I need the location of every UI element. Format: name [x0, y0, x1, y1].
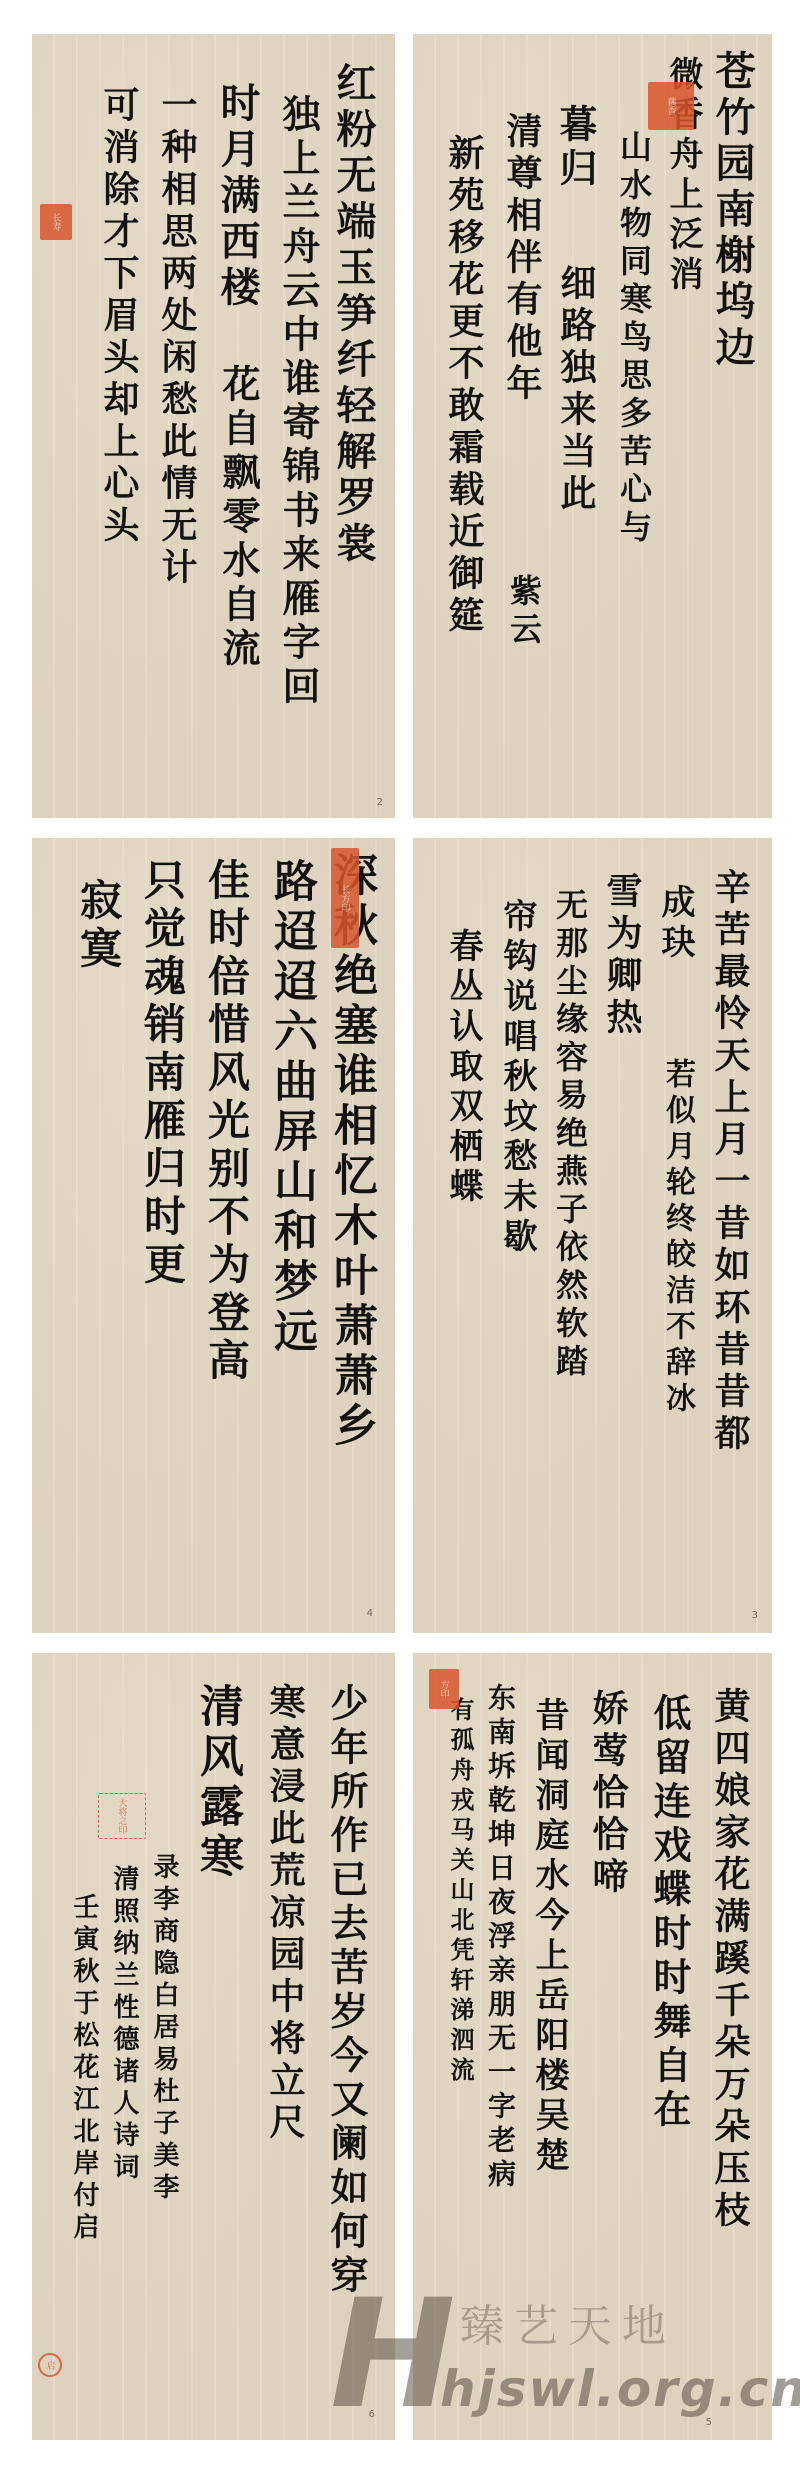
calligraphy-column: 一种相思两处闲愁此情无计	[159, 86, 195, 590]
page-number: 4	[367, 1608, 373, 1619]
calligraphy-column: 昔闻洞庭水今上岳阳楼吴楚	[532, 1697, 566, 2177]
calligraphy-column: 花自飘零水自流	[219, 364, 257, 672]
watermark-chinese-text: 臻艺天地	[460, 2290, 676, 2354]
calligraphy-column: 辛苦最怜天上月一昔如环昔昔都	[712, 868, 748, 1456]
page-number: 5	[706, 2417, 712, 2428]
seal-stamp: 藕香	[648, 82, 694, 130]
calligraphy-column: 黄四娘家花满蹊千朵万朵压枝	[712, 1687, 748, 2233]
calligraphy-column: 时月满西楼	[217, 82, 257, 312]
calligraphy-column: 只觉魂销南雁归时更	[141, 858, 183, 1290]
calligraphy-column: 紫云	[508, 574, 540, 650]
calligraphy-column: 苍竹园南榭坞边	[712, 50, 752, 372]
calligraphy-column: 雪为卿热	[604, 872, 640, 1040]
calligraphy-panel-row1-left: 红粉无端玉笋纤轻解罗裳 独上兰舟云中谁寄锦书来雁字回 时月满西楼 花自飘零水自流…	[32, 34, 395, 818]
calligraphy-column: 娇莺恰恰啼	[590, 1689, 626, 1899]
calligraphy-column: 寂寞	[77, 878, 119, 974]
page-number: 2	[377, 797, 383, 808]
calligraphy-column: 帘钩说唱秋坟愁未歇	[500, 898, 534, 1258]
calligraphy-column: 清照纳兰性德诸人诗词	[111, 1865, 137, 2185]
watermark-url: hjswl.org.cn	[440, 2360, 800, 2418]
calligraphy-column: 山水物同寒鸟思多苦心与	[618, 130, 650, 548]
seal-stamp: 长寿	[40, 204, 72, 240]
calligraphy-column: 有孤舟戎马关山北凭轩涕泗流	[448, 1697, 472, 2087]
seal-stamp: 大将之印	[98, 1793, 146, 1839]
calligraphy-panel-row1-right: 苍竹园南榭坞边 微香舟上泛消 山水物同寒鸟思多苦心与 暮归 细路独来当此 清尊相…	[413, 34, 772, 818]
calligraphy-column: 寒意浸此荒凉园中将立尺	[267, 1683, 303, 2145]
calligraphy-column: 清尊相伴有他年	[504, 112, 540, 406]
calligraphy-column: 无那尘缘容易绝燕子依然软踏	[554, 888, 586, 1382]
seal-stamp: 长方印	[331, 848, 359, 948]
calligraphy-panel-row2-left: 深秋绝塞谁相忆木叶萧萧乡 路迢迢六曲屏山和梦远 佳时倍惜风光别不为登高 只觉魂销…	[32, 838, 395, 1633]
calligraphy-column: 少年所作已去苦岁今又阑如何穿	[327, 1683, 365, 2299]
calligraphy-column: 录李商隐白居易杜子美李	[151, 1853, 177, 2205]
calligraphy-column: 壬寅秋于松花江北岸付启	[71, 1893, 97, 2245]
seal-stamp-round: 启	[38, 2353, 62, 2377]
calligraphy-column: 春丛认取双栖蝶	[446, 928, 480, 1208]
calligraphy-column: 佳时倍惜风光别不为登高	[205, 858, 247, 1386]
calligraphy-column: 路迢迢六曲屏山和梦远	[269, 858, 313, 1358]
calligraphy-column: 东南坼乾坤日夜浮亲朋无一字老病	[486, 1683, 514, 2193]
calligraphy-column: 红粉无端玉笋纤轻解罗裳	[333, 62, 373, 568]
calligraphy-panel-row2-right: 辛苦最怜天上月一昔如环昔昔都 成玦 若似月轮终皎洁不辞冰 雪为卿热 无那尘缘容易…	[413, 838, 772, 1633]
page-number: 3	[752, 1610, 758, 1621]
calligraphy-column: 新苑移花更不敢霜载近御筵	[446, 134, 482, 638]
calligraphy-column: 细路独来当此	[558, 264, 594, 516]
calligraphy-column: 若似月轮终皎洁不辞冰	[662, 1058, 692, 1418]
seal-stamp: 方印	[429, 1669, 459, 1709]
calligraphy-column: 清风露寒	[195, 1683, 239, 1883]
calligraphy-column: 暮归	[556, 104, 594, 192]
calligraphy-column: 独上兰舟云中谁寄锦书来雁字回	[279, 94, 317, 710]
watermark-logo: H	[330, 2280, 456, 2430]
calligraphy-column: 成玦	[658, 884, 692, 964]
calligraphy-column: 可消除才下眉头却上心头	[101, 86, 137, 548]
calligraphy-column: 低留连戏蝶时时舞自在	[650, 1693, 688, 2133]
